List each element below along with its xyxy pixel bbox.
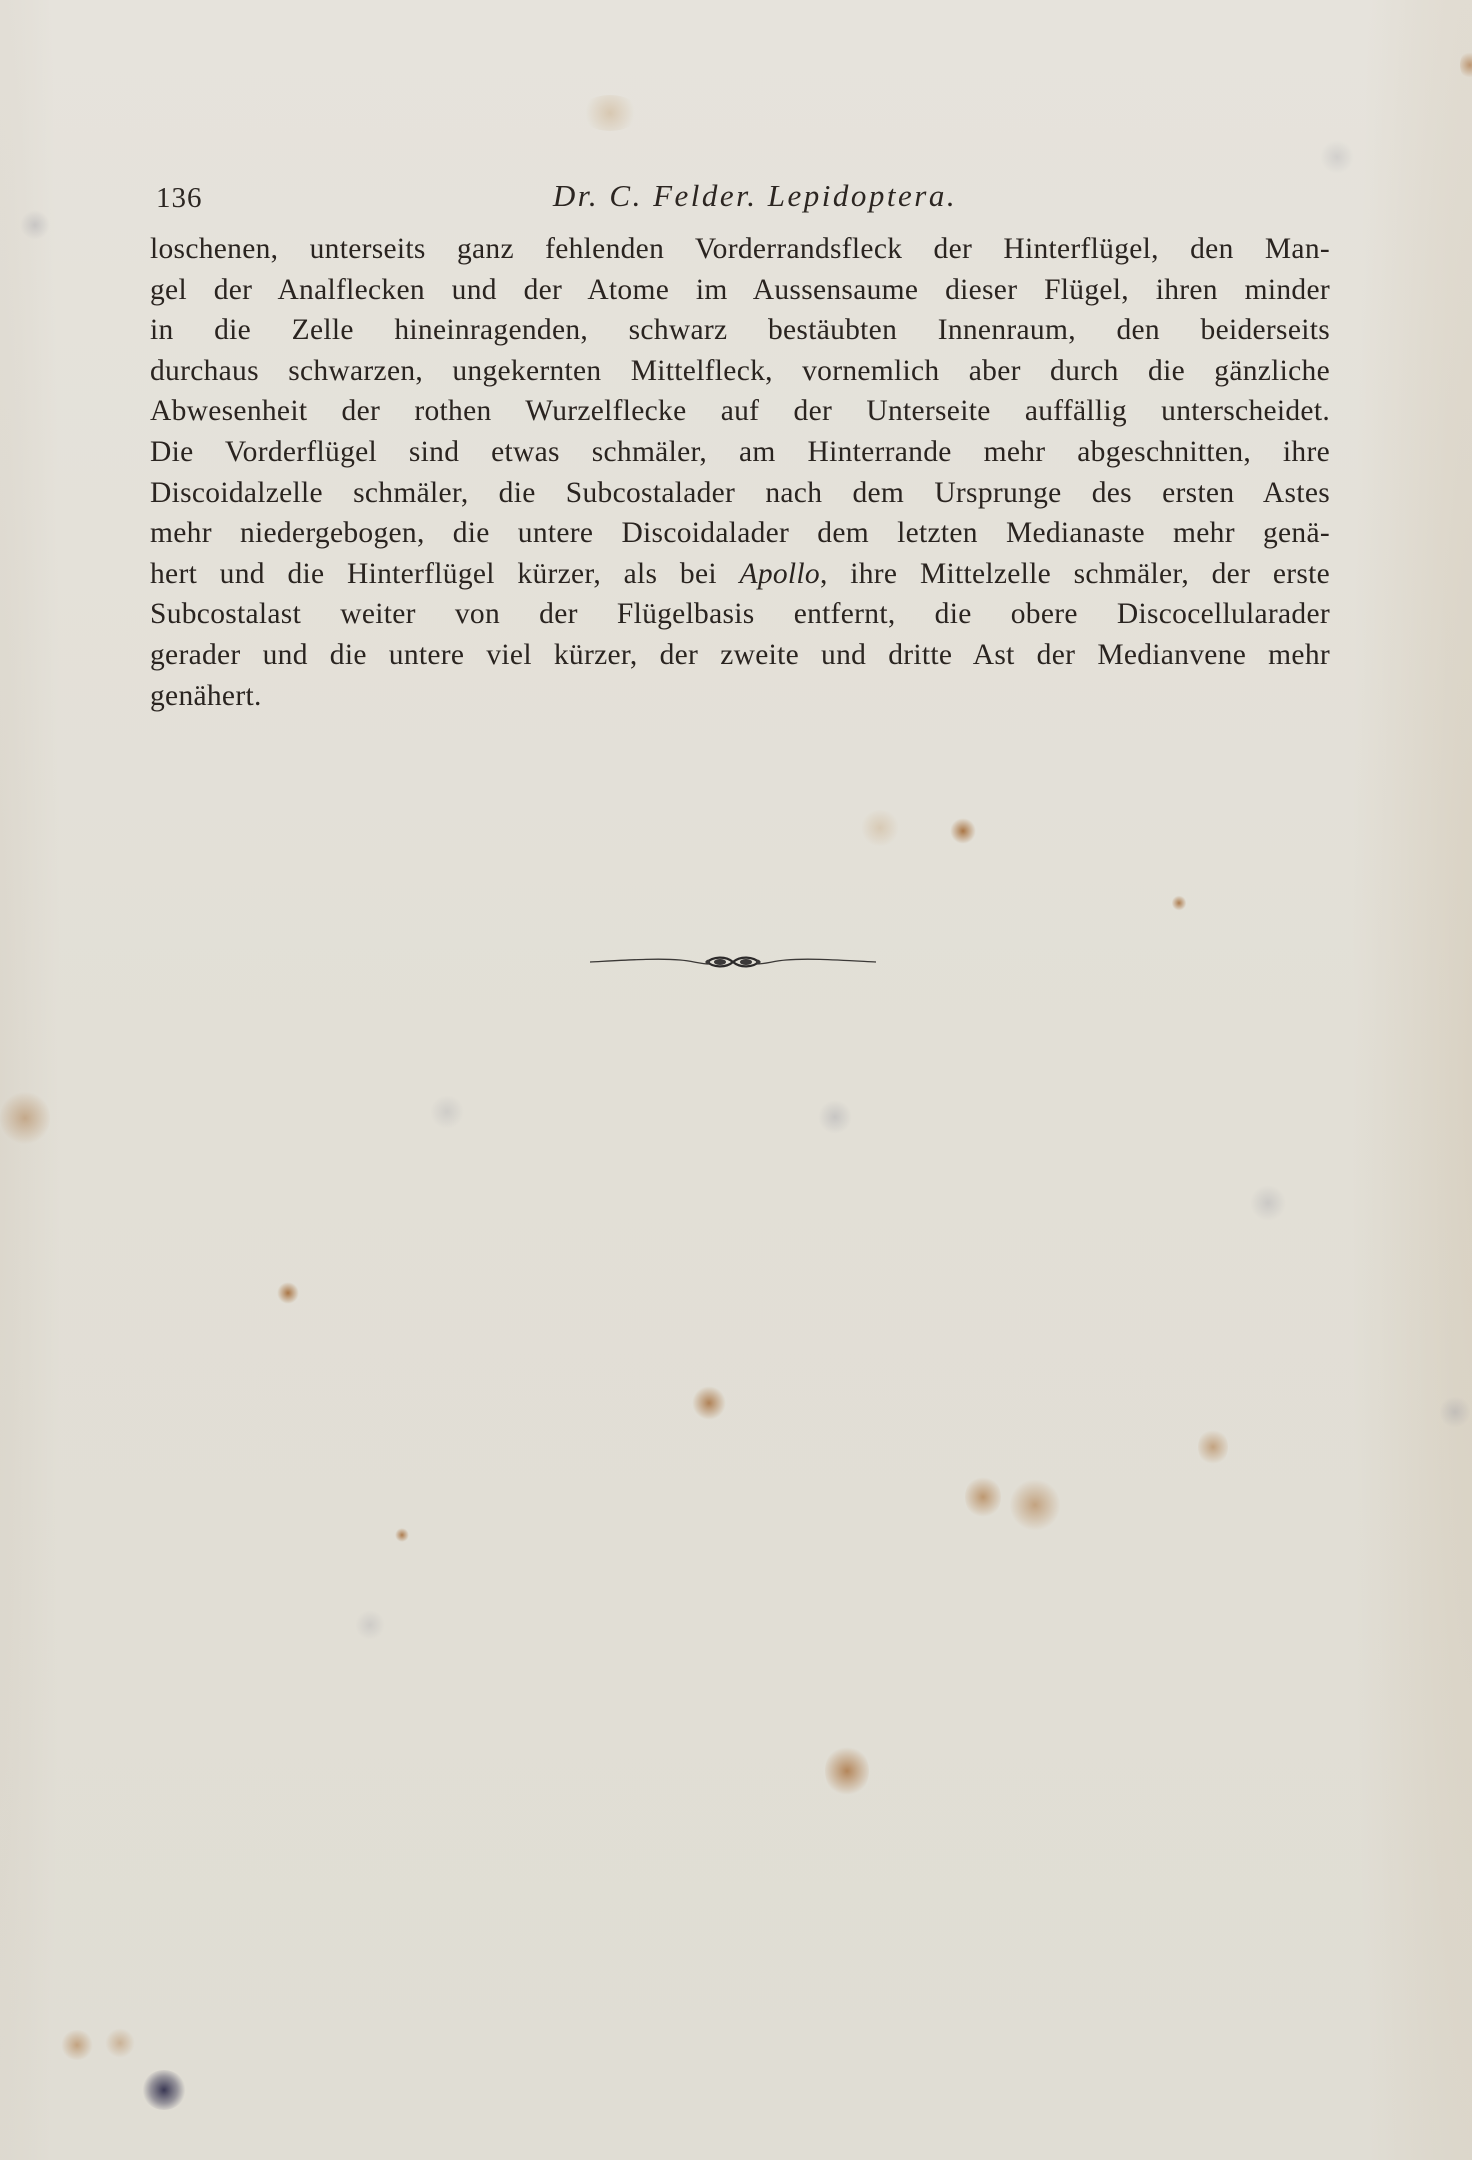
foxing-stain [580, 95, 640, 131]
foxing-stain [277, 1282, 299, 1304]
dust-spot [355, 1610, 385, 1640]
scanned-book-page: 136 Dr. C. Felder. Lepidoptera. loschene… [0, 0, 1472, 2160]
foxing-stain [105, 2028, 135, 2058]
foxing-stain [1198, 1428, 1228, 1466]
text-run: , ihre Mittelzelle schmäler, der erste [820, 558, 1330, 590]
foxing-stain [1010, 1478, 1060, 1532]
foxing-stain [860, 810, 900, 846]
dust-spot [20, 210, 50, 240]
text-line: hert und die Hinterflügel kürzer, als be… [150, 554, 1330, 595]
text-line: Discoidalzelle schmäler, die Subcostalad… [150, 473, 1330, 514]
species-name-italic: Apollo [740, 558, 820, 590]
text-line: gerader und die untere viel kürzer, der … [150, 635, 1330, 676]
text-line: in die Zelle hineinragenden, schwarz bes… [150, 310, 1330, 351]
text-line: loschenen, unterseits ganz fehlenden Vor… [150, 229, 1330, 270]
foxing-stain [0, 1090, 50, 1146]
foxing-stain [692, 1386, 726, 1420]
text-line: mehr niedergebogen, die untere Discoidal… [150, 513, 1330, 554]
flourish-divider-icon [588, 948, 878, 974]
foxing-stain [825, 1745, 869, 1797]
foxing-stain [1460, 50, 1472, 80]
foxing-stain [60, 2030, 94, 2060]
text-line: durchaus schwarzen, ungekernten Mittelfl… [150, 351, 1330, 392]
page-header: 136 Dr. C. Felder. Lepidoptera. [150, 178, 1330, 218]
text-line: Die Vorderflügel sind etwas schmäler, am… [150, 432, 1330, 473]
dust-spot [818, 1100, 852, 1134]
text-line: Abwesenheit der rothen Wurzelflecke auf … [150, 391, 1330, 432]
foxing-stain [395, 1528, 409, 1542]
dust-spot [1320, 140, 1354, 174]
ink-blot [142, 2070, 186, 2110]
running-head: Dr. C. Felder. Lepidoptera. [150, 178, 1330, 214]
text-line: genähert. [150, 676, 1330, 717]
text-line: gel der Analflecken und der Atome im Aus… [150, 270, 1330, 311]
dust-spot [430, 1095, 464, 1129]
text-line: Subcostalast weiter von der Flügelbasis … [150, 594, 1330, 635]
text-run: hert und die Hinterflügel kürzer, als be… [150, 558, 740, 590]
body-paragraph: loschenen, unterseits ganz fehlenden Vor… [150, 229, 1330, 716]
foxing-stain [950, 818, 976, 844]
foxing-stain [965, 1475, 1001, 1519]
dust-spot [1250, 1185, 1286, 1221]
dust-spot [1440, 1395, 1470, 1429]
foxing-stain [1172, 895, 1186, 911]
